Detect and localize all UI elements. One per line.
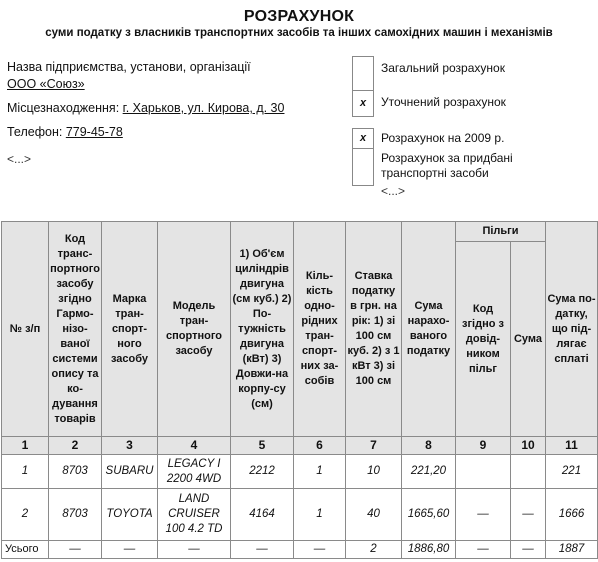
org-name-label: Назва підприємства, установи, організаці… <box>7 59 284 76</box>
column-number: 1 <box>2 437 49 455</box>
cell-brand: TOYOTA <box>102 489 158 541</box>
cell-rate: 10 <box>346 455 402 489</box>
header-rate: Ставка податку в грн. на рік: 1) зі 100 … <box>346 222 402 437</box>
tax-calculation-table: № з/п Код транс-портного засобу згідно Г… <box>1 221 598 559</box>
header-payable: Сума по-датку, що під-лягає сплаті <box>546 222 598 437</box>
phone-value: 779-45-78 <box>66 125 123 139</box>
organization-info: Назва підприємства, установи, організаці… <box>7 59 284 141</box>
total-row: Усього — — — — — 2 1886,80 — — 1887 <box>2 541 598 559</box>
cell-quantity: 1 <box>294 489 346 541</box>
document-title: РОЗРАХУНОК <box>0 8 598 26</box>
cell-accrued: 1665,60 <box>402 489 456 541</box>
total-benefit-code: — <box>456 541 511 559</box>
header-quantity: Кіль-кість одно-рідних тран-спорт-них за… <box>294 222 346 437</box>
column-number: 3 <box>102 437 158 455</box>
column-number: 5 <box>231 437 294 455</box>
cell-benefit-code <box>456 455 511 489</box>
cell-volume: 2212 <box>231 455 294 489</box>
cell-rate: 40 <box>346 489 402 541</box>
column-number: 11 <box>546 437 598 455</box>
document-subtitle: суми податку з власників транспортних за… <box>0 27 598 39</box>
cell-brand: SUBARU <box>102 455 158 489</box>
header-benefit-sum: Сума <box>511 242 546 437</box>
total-label: Усього <box>2 541 49 559</box>
total-accrued: 1886,80 <box>402 541 456 559</box>
header-brand: Марка тран-спорт-ного засобу <box>102 222 158 437</box>
cell-code: 8703 <box>49 455 102 489</box>
total-benefit-sum: — <box>511 541 546 559</box>
header-accrued: Сума нарахо-ваного податку <box>402 222 456 437</box>
cell-payable: 221 <box>546 455 598 489</box>
cell-benefit-sum <box>511 455 546 489</box>
omitted-content-marker: <...> <box>7 152 31 166</box>
total-rate: 2 <box>346 541 402 559</box>
omitted-options-marker: <...> <box>381 184 405 199</box>
cell-number: 2 <box>2 489 49 541</box>
column-number: 8 <box>402 437 456 455</box>
org-name-value: ООО «Союз» <box>7 77 85 91</box>
header-benefit-code: Код згідно з довід-ником пільг <box>456 242 511 437</box>
header-model: Модель тран-спортного засобу <box>158 222 231 437</box>
cell-number: 1 <box>2 455 49 489</box>
column-number: 2 <box>49 437 102 455</box>
total-volume: — <box>231 541 294 559</box>
cell-model: LAND CRUISER 100 4.2 TD <box>158 489 231 541</box>
column-number: 6 <box>294 437 346 455</box>
option-acquired-label: Розрахунок за придбані транспортні засоб… <box>381 151 581 181</box>
option-general-label: Загальний розрахунок <box>381 61 505 76</box>
calc-type-checkbox-group: x <box>352 56 374 117</box>
cell-payable: 1666 <box>546 489 598 541</box>
total-payable: 1887 <box>546 541 598 559</box>
header-number: № з/п <box>2 222 49 437</box>
cell-benefit-code: — <box>456 489 511 541</box>
table-row: 2 8703 TOYOTA LAND CRUISER 100 4.2 TD 41… <box>2 489 598 541</box>
header-engine: 1) Об'єм циліндрів двигуна (см куб.) 2) … <box>231 222 294 437</box>
location-value: г. Харьков, ул. Кирова, д. 30 <box>123 101 285 115</box>
option-refined-label: Уточнений розрахунок <box>381 95 506 110</box>
location-label: Місцезнаходження: <box>7 101 119 115</box>
checkbox-year[interactable]: x <box>353 129 373 149</box>
cell-accrued: 221,20 <box>402 455 456 489</box>
phone-label: Телефон: <box>7 125 62 139</box>
cell-quantity: 1 <box>294 455 346 489</box>
option-year-label: Розрахунок на 2009 р. <box>381 131 504 146</box>
column-number: 10 <box>511 437 546 455</box>
total-code: — <box>49 541 102 559</box>
checkbox-refined[interactable]: x <box>353 91 373 116</box>
total-brand: — <box>102 541 158 559</box>
column-number: 7 <box>346 437 402 455</box>
total-quantity: — <box>294 541 346 559</box>
total-model: — <box>158 541 231 559</box>
cell-benefit-sum: — <box>511 489 546 541</box>
header-code: Код транс-портного засобу згідно Гармо-н… <box>49 222 102 437</box>
column-numbers-row: 1 2 3 4 5 6 7 8 9 10 11 <box>2 437 598 455</box>
cell-volume: 4164 <box>231 489 294 541</box>
column-number: 4 <box>158 437 231 455</box>
calc-period-checkbox-group: x <box>352 128 374 186</box>
column-number: 9 <box>456 437 511 455</box>
header-benefits-group: Пільги <box>456 222 546 242</box>
checkbox-acquired[interactable] <box>353 149 373 185</box>
checkbox-general[interactable] <box>353 57 373 91</box>
cell-code: 8703 <box>49 489 102 541</box>
table-row: 1 8703 SUBARU LEGACY I 2200 4WD 2212 1 1… <box>2 455 598 489</box>
cell-model: LEGACY I 2200 4WD <box>158 455 231 489</box>
